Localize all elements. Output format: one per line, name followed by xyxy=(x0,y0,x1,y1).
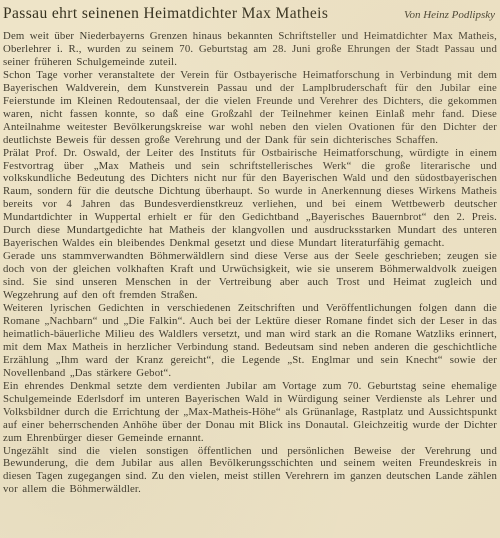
article-paragraph-3: Prälat Prof. Dr. Oswald, der Leiter des … xyxy=(3,147,497,251)
article-body: Dem weit über Niederbayerns Grenzen hina… xyxy=(3,30,497,496)
article-paragraph-2: Schon Tage vorher veranstaltete der Vere… xyxy=(3,69,497,147)
article-header: Passau ehrt seinenen Heimatdichter Max M… xyxy=(3,5,497,23)
article-title: Passau ehrt seinenen Heimatdichter Max M… xyxy=(3,5,328,23)
article-byline: Von Heinz Podlipsky xyxy=(404,9,497,21)
article-paragraph-6: Ein ehrendes Denkmal setzte dem verdient… xyxy=(3,380,497,445)
article-paragraph-4: Gerade uns stammverwandten Böhmerwäldler… xyxy=(3,250,497,302)
article-paragraph-1: Dem weit über Niederbayerns Grenzen hina… xyxy=(3,30,497,69)
article-page: Passau ehrt seinenen Heimatdichter Max M… xyxy=(0,0,500,538)
article-paragraph-5: Weiteren lyrischen Gedichten in verschie… xyxy=(3,302,497,380)
article-paragraph-7: Ungezählt sind die vielen sonstigen öffe… xyxy=(3,445,497,497)
